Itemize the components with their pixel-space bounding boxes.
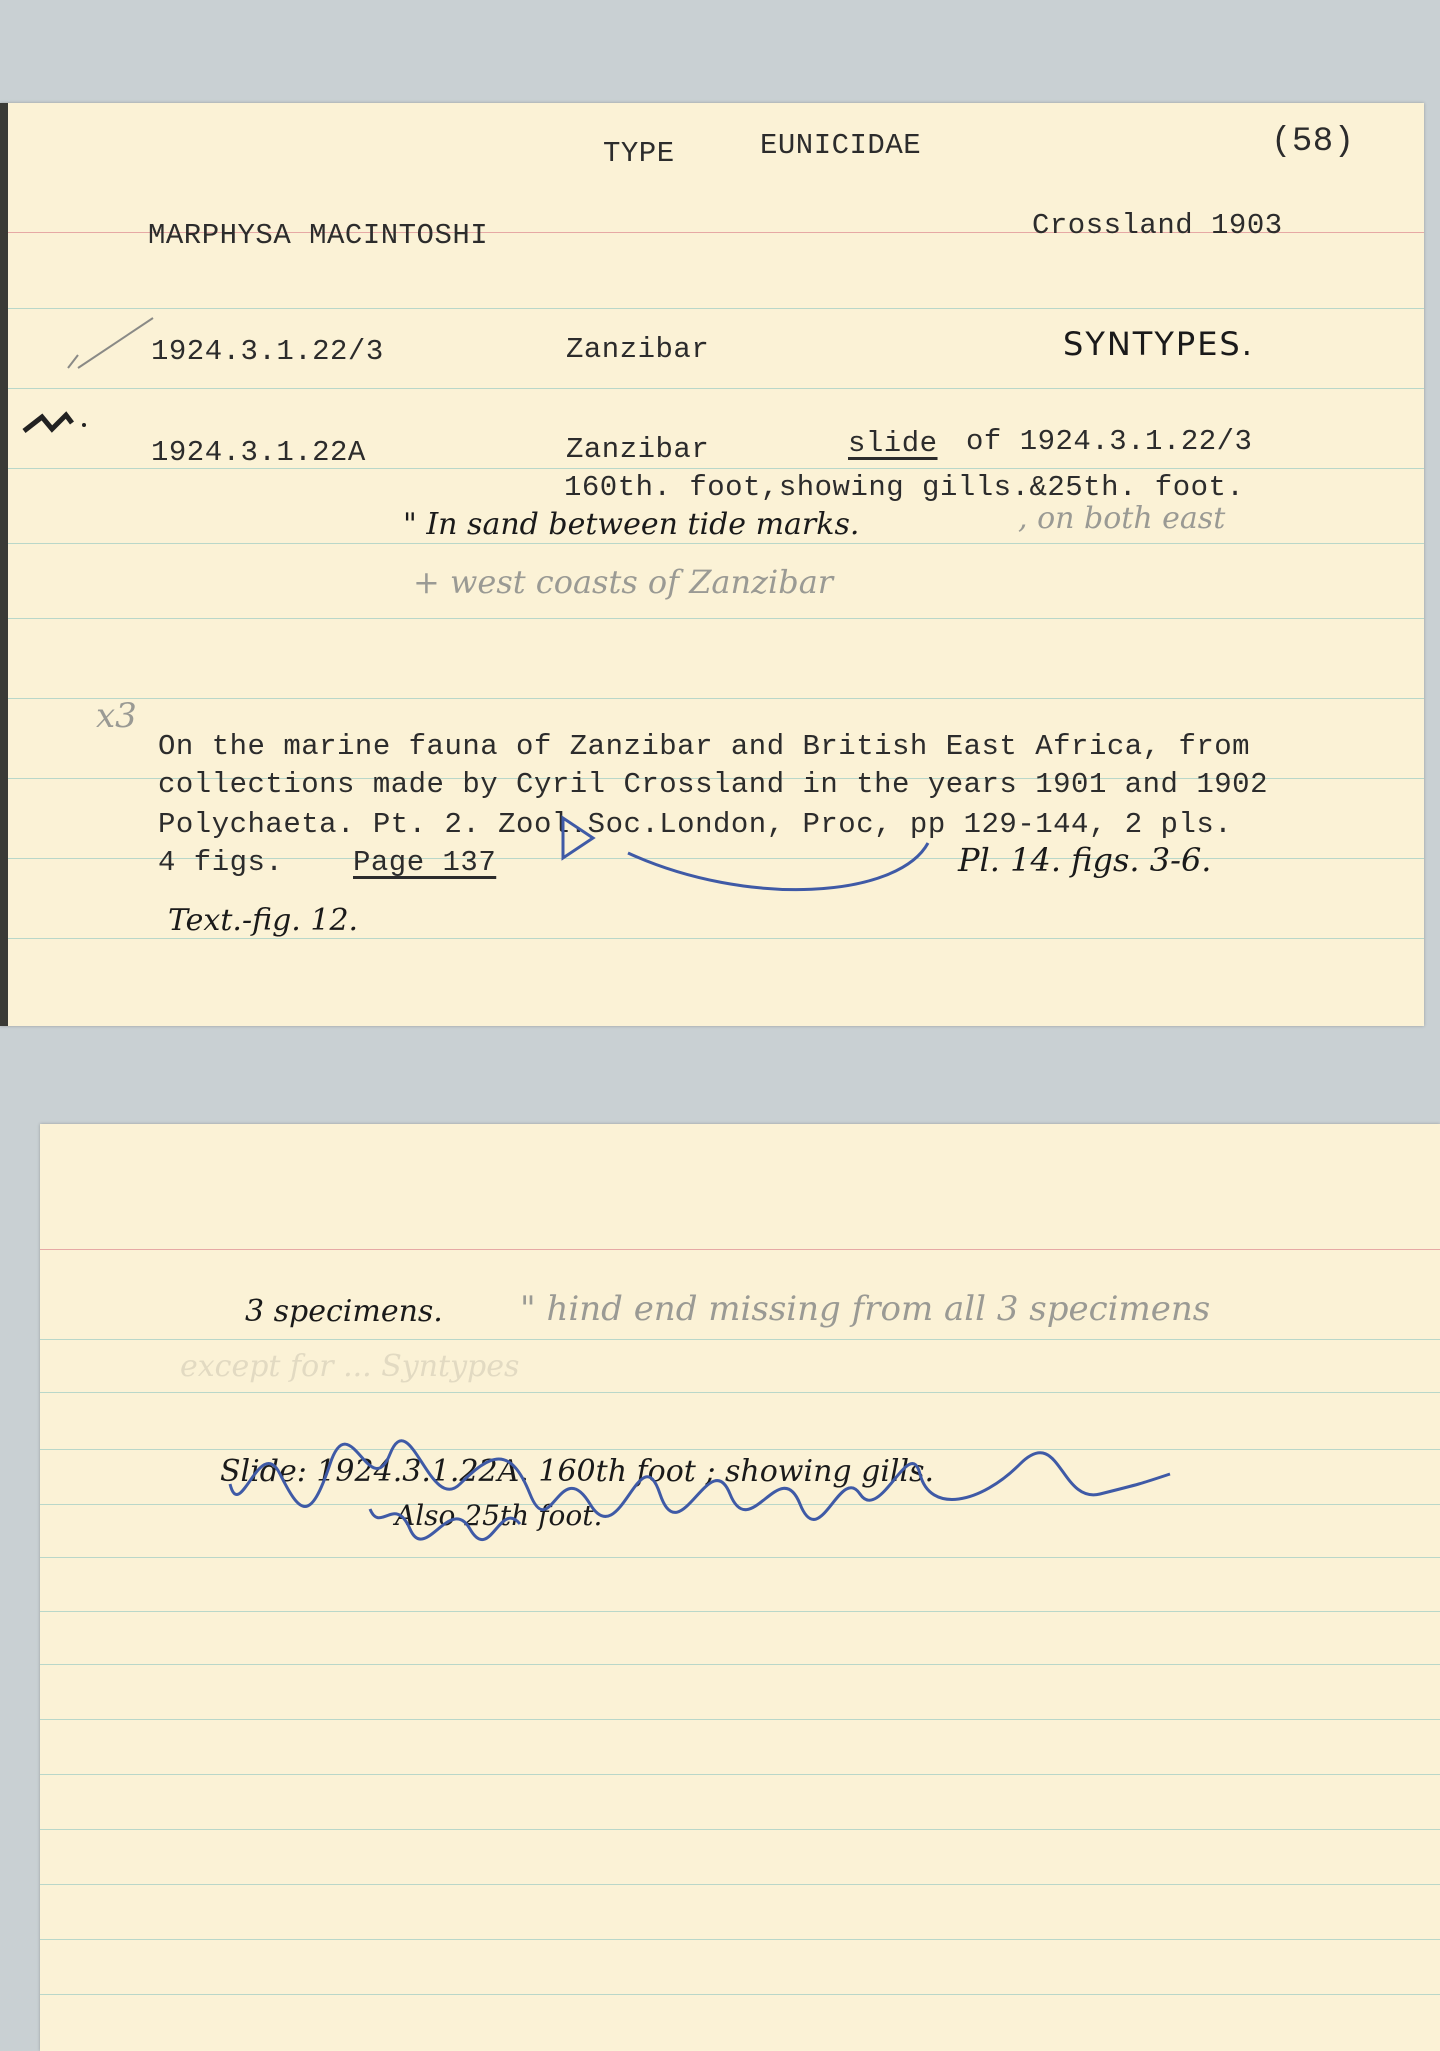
ruled-line (40, 1611, 1440, 1612)
index-card-back: 3 specimens. " hind end missing from all… (40, 1124, 1440, 2051)
faint-pencil-line: except for ... Syntypes (180, 1349, 519, 1384)
ruled-line (40, 1392, 1440, 1393)
family-name: EUNICIDAE (760, 129, 921, 162)
checkmark-icon (68, 313, 158, 373)
type-label: TYPE (603, 137, 675, 170)
ruled-line (8, 308, 1424, 309)
reference-figs: 4 figs. (158, 846, 283, 879)
species-name: MARPHYSA MACINTOSHI (148, 219, 488, 252)
author-year: Crossland 1903 (1032, 209, 1283, 242)
specimens-note: 3 specimens. (245, 1294, 443, 1329)
reference-page: Page 137 (353, 846, 496, 879)
ruled-line (40, 1774, 1440, 1775)
margin-note: x3 (96, 696, 137, 736)
ruled-line (8, 698, 1424, 699)
ruled-line (40, 1829, 1440, 1830)
ruled-line (8, 618, 1424, 619)
cancellation-squiggle-icon (220, 1434, 1340, 1544)
slide-description: 160th. foot,showing gills.&25th. foot. (564, 471, 1244, 504)
ruled-line (8, 388, 1424, 389)
ruled-line (40, 1719, 1440, 1720)
text-fig-note: Text.-fig. 12. (168, 903, 358, 938)
ruled-line (40, 1884, 1440, 1885)
habitat-note-pencil-line2: + west coasts of Zanzibar (413, 563, 833, 601)
syntypes-note: SYNTYPES. (1063, 325, 1254, 363)
ruled-line (40, 1557, 1440, 1558)
slide-of-reference: of 1924.3.1.22/3 (966, 425, 1252, 458)
habitat-note-pencil: , on both east (1018, 501, 1225, 536)
plate-note: Pl. 14. figs. 3-6. (958, 841, 1211, 879)
red-header-rule (40, 1249, 1440, 1250)
locality: Zanzibar (566, 333, 709, 366)
ruled-line (40, 1339, 1440, 1340)
locality: Zanzibar (566, 433, 709, 466)
habitat-note: " In sand between tide marks. (403, 507, 859, 542)
card-number: (58) (1271, 123, 1355, 161)
pencil-quote: " hind end missing from all 3 specimens (520, 1289, 1210, 1329)
index-card-front: TYPE EUNICIDAE (58) MARPHYSA MACINTOSHI … (0, 103, 1424, 1026)
scribble-mark-icon (22, 409, 92, 439)
ruled-line (40, 1994, 1440, 1995)
reference-line: collections made by Cyril Crossland in t… (158, 768, 1268, 801)
registration-number: 1924.3.1.22/3 (151, 335, 384, 368)
ruled-line (8, 938, 1424, 939)
ruled-line (8, 543, 1424, 544)
reference-line: On the marine fauna of Zanzibar and Brit… (158, 730, 1250, 763)
registration-number: 1924.3.1.22A (151, 436, 366, 469)
ruled-line (40, 1939, 1440, 1940)
ruled-line (40, 1664, 1440, 1665)
slide-label: slide (848, 427, 938, 460)
arrow-annotation-icon (548, 808, 948, 928)
